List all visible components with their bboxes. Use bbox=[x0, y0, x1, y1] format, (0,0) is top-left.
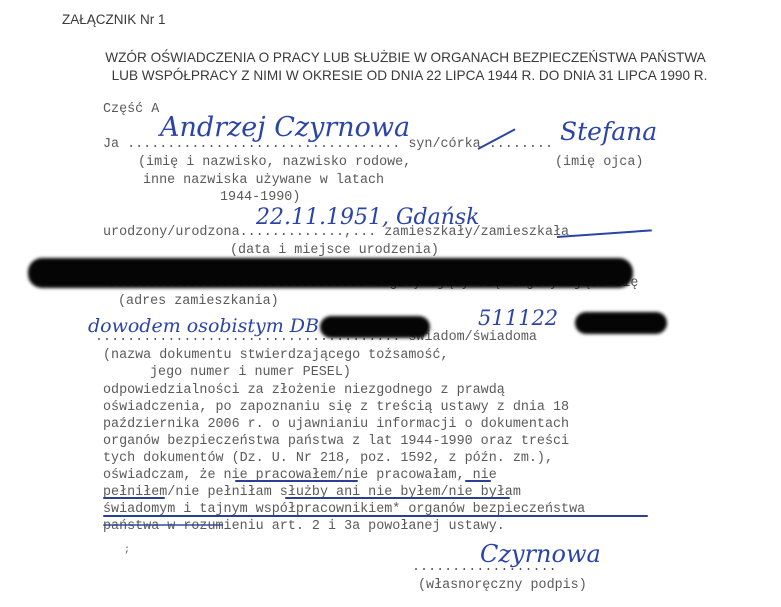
body-line: tych dokumentów (Dz. U. Nr 218, poz. 159… bbox=[103, 451, 585, 468]
declaration-body: odpowiedzialności za złożenie niezgodneg… bbox=[103, 383, 585, 536]
hint-name: (imię i nazwisko, nazwisko rodowe, bbox=[138, 155, 411, 170]
body-line: oświadczenia, po zapoznaniu się z treści… bbox=[103, 400, 585, 417]
underline-nie-pracowalem bbox=[235, 480, 358, 482]
underline-panstwa bbox=[103, 524, 223, 526]
signature-hint: (własnoręczny podpis) bbox=[418, 578, 587, 593]
body-line: odpowiedzialności za złożenie niezgodneg… bbox=[103, 383, 585, 400]
underline-sluzby-ani-nie-bylem bbox=[285, 497, 510, 499]
underline-nie-1 bbox=[465, 480, 491, 482]
document-title-line-2: LUB WSPÓŁPRACY Z NIMI W OKRESIE OD DNIA … bbox=[0, 68, 781, 83]
hint-father-name: (imię ojca) bbox=[555, 155, 643, 170]
body-line: pełniłem/nie pełniłam służby ani nie był… bbox=[103, 485, 585, 502]
body-line: oświadczam, że nie pracowałem/nie pracow… bbox=[103, 468, 585, 485]
hint-document-2: jego numer i numer PESEL) bbox=[150, 365, 351, 380]
hint-other-names-1: inne nazwiska używane w latach bbox=[143, 173, 384, 188]
strike-zamieszkala bbox=[557, 229, 652, 238]
body-line: państwa w rozumieniu art. 2 i 3a powołan… bbox=[103, 519, 585, 536]
stray-mark: ; bbox=[124, 545, 130, 556]
redaction-address bbox=[28, 258, 633, 288]
underline-swiadomym-line bbox=[103, 515, 648, 517]
underline-pelnilem bbox=[103, 497, 165, 499]
handwritten-document: dowodem osobistym DB bbox=[88, 315, 319, 337]
handwritten-name: Andrzej Czyrnowa bbox=[160, 112, 410, 143]
hint-document-1: (nazwa dokumentu stwierdzającego tożsamo… bbox=[103, 348, 449, 363]
document-title-line-1: WZÓR OŚWIADCZENIA O PRACY LUB SŁUŻBIE W … bbox=[0, 50, 781, 65]
annex-label: ZAŁĄCZNIK Nr 1 bbox=[62, 12, 166, 27]
handwritten-father-name: Stefana bbox=[560, 117, 657, 146]
handwritten-birth: 22.11.1951, Gdańsk bbox=[256, 205, 480, 230]
redaction-pesel bbox=[575, 312, 667, 334]
hint-other-names-2: 1944-1990) bbox=[220, 190, 300, 205]
hint-address: (adres zamieszkania) bbox=[118, 294, 279, 309]
signature-dots: .................. bbox=[412, 560, 557, 575]
body-line: organów bezpieczeństwa państwa z lat 194… bbox=[103, 434, 585, 451]
redaction-document-number bbox=[320, 316, 430, 338]
hint-birth: (data i miejsce urodzenia) bbox=[230, 243, 439, 258]
body-line: października 2006 r. o ujawnianiu inform… bbox=[103, 417, 585, 434]
section-label: Część A bbox=[103, 102, 159, 117]
handwritten-pesel: 511122 bbox=[478, 306, 558, 330]
